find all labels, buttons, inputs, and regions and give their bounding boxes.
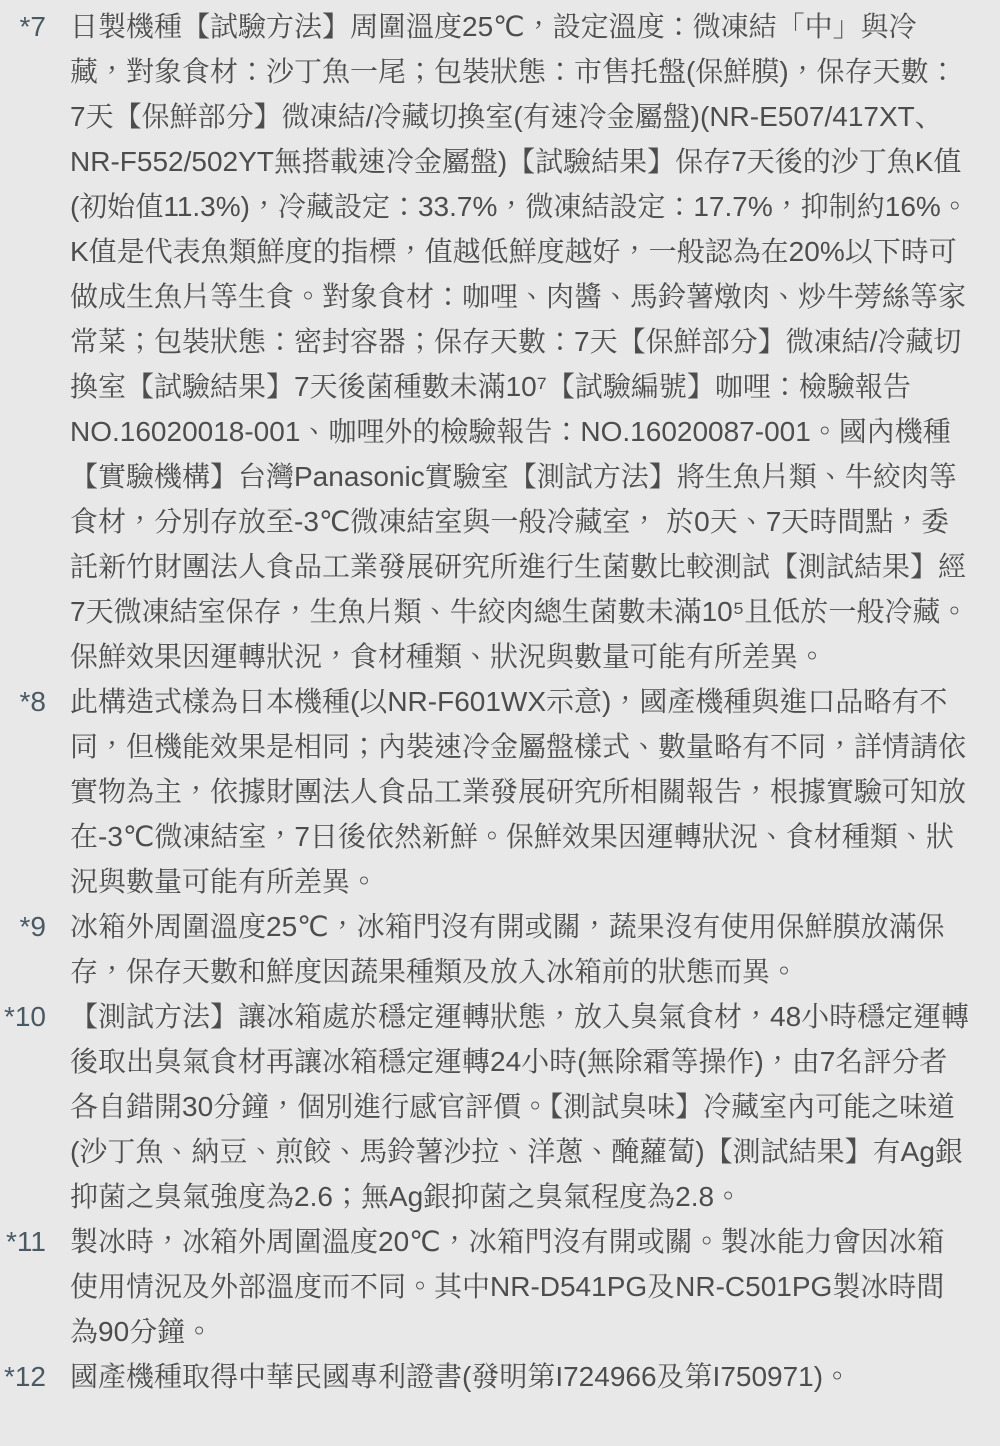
- footnote-text: 冰箱外周圍溫度25℃，冰箱門沒有開或關，蔬果沒有使用保鮮膜放滿保存，保存天數和鮮…: [70, 904, 972, 994]
- footnote-text: 國產機種取得中華民國專利證書(發明第I724966及第I750971)。: [70, 1354, 972, 1399]
- footnote-marker: *11: [0, 1219, 46, 1264]
- footnote-marker: *9: [0, 904, 46, 949]
- footnote-marker: *7: [0, 4, 46, 49]
- footnote-7: *7 日製機種【試驗方法】周圍溫度25℃，設定溫度：微凍結「中」與冷藏，對象食材…: [0, 4, 972, 679]
- footnote-10: *10 【測試方法】讓冰箱處於穩定運轉狀態，放入臭氣食材，48小時穩定運轉後取出…: [0, 994, 972, 1219]
- footnote-11: *11 製冰時，冰箱外周圍溫度20℃，冰箱門沒有開或關。製冰能力會因冰箱使用情況…: [0, 1219, 972, 1354]
- footnote-text: 【測試方法】讓冰箱處於穩定運轉狀態，放入臭氣食材，48小時穩定運轉後取出臭氣食材…: [70, 994, 972, 1219]
- footnote-marker: *12: [0, 1354, 46, 1399]
- footnote-12: *12 國產機種取得中華民國專利證書(發明第I724966及第I750971)。: [0, 1354, 972, 1399]
- footnote-text: 此構造式樣為日本機種(以NR-F601WX示意)，國產機種與進口品略有不同，但機…: [70, 679, 972, 904]
- footnote-text: 製冰時，冰箱外周圍溫度20℃，冰箱門沒有開或關。製冰能力會因冰箱使用情況及外部溫…: [70, 1219, 972, 1354]
- footnote-marker: *8: [0, 679, 46, 724]
- footnotes-section: *7 日製機種【試驗方法】周圍溫度25℃，設定溫度：微凍結「中」與冷藏，對象食材…: [0, 0, 1000, 1446]
- footnote-9: *9 冰箱外周圍溫度25℃，冰箱門沒有開或關，蔬果沒有使用保鮮膜放滿保存，保存天…: [0, 904, 972, 994]
- footnote-marker: *10: [0, 994, 46, 1039]
- footnote-text: 日製機種【試驗方法】周圍溫度25℃，設定溫度：微凍結「中」與冷藏，對象食材：沙丁…: [70, 4, 972, 679]
- footnote-8: *8 此構造式樣為日本機種(以NR-F601WX示意)，國產機種與進口品略有不同…: [0, 679, 972, 904]
